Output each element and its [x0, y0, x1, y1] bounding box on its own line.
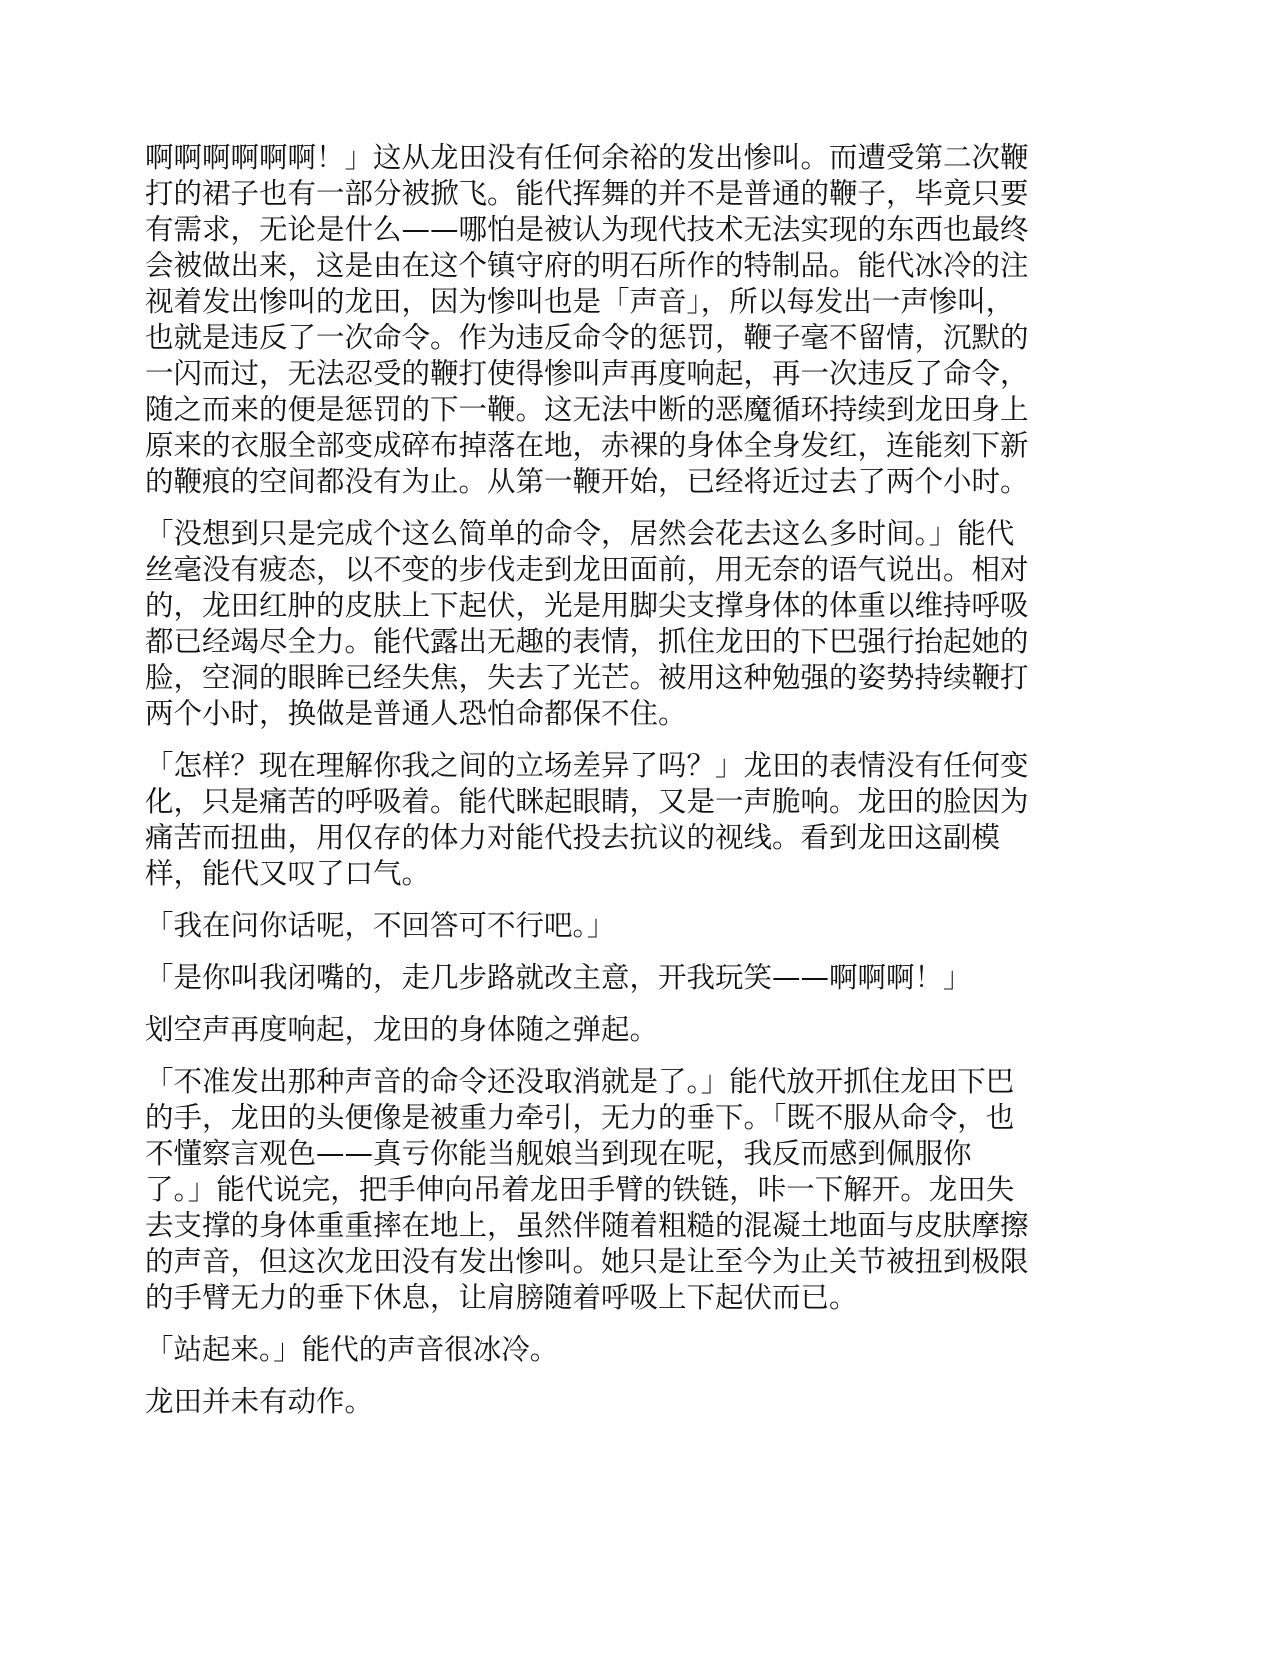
text-line: 脸，空洞的眼眸已经失焦，失去了光芒。被用这种勉强的姿势持续鞭打: [145, 660, 1075, 696]
paragraph-6: 划空声再度响起，龙田的身体随之弹起。: [145, 1012, 1075, 1048]
text-line: 的声音，但这次龙田没有发出惨叫。她只是让至今为止关节被扭到极限: [145, 1244, 1075, 1280]
paragraph-3: 「怎样？现在理解你我之间的立场差异了吗？」龙田的表情没有任何变 化，只是痛苦的呼…: [145, 748, 1075, 892]
text-line: 的，龙田红肿的皮肤上下起伏，光是用脚尖支撑身体的体重以维持呼吸: [145, 588, 1075, 624]
paragraph-7: 「不准发出那种声音的命令还没取消就是了。」能代放开抓住龙田下巴 的手，龙田的头便…: [145, 1064, 1075, 1316]
paragraph-8: 「站起来。」能代的声音很冰冷。: [145, 1332, 1075, 1368]
text-line: 「站起来。」能代的声音很冰冷。: [145, 1332, 1075, 1368]
text-line: 打的裙子也有一部分被掀飞。能代挥舞的并不是普通的鞭子，毕竟只要: [145, 176, 1075, 212]
text-line: 原来的衣服全部变成碎布掉落在地，赤裸的身体全身发红，连能刻下新: [145, 428, 1075, 464]
text-line: 样，能代又叹了口气。: [145, 856, 1075, 892]
text-line: 痛苦而扭曲，用仅存的体力对能代投去抗议的视线。看到龙田这副模: [145, 820, 1075, 856]
text-line: 化，只是痛苦的呼吸着。能代眯起眼睛，又是一声脆响。龙田的脸因为: [145, 784, 1075, 820]
paragraph-1: 啊啊啊啊啊啊！」这从龙田没有任何余裕的发出惨叫。而遭受第二次鞭 打的裙子也有一部…: [145, 140, 1075, 500]
text-line: 的鞭痕的空间都没有为止。从第一鞭开始，已经将近过去了两个小时。: [145, 464, 1075, 500]
text-line: 两个小时，换做是普通人恐怕命都保不住。: [145, 696, 1075, 732]
text-line: 了。」能代说完，把手伸向吊着龙田手臂的铁链，咔一下解开。龙田失: [145, 1172, 1075, 1208]
text-line: 有需求，无论是什么——哪怕是被认为现代技术无法实现的东西也最终: [145, 212, 1075, 248]
text-line: 「我在问你话呢，不回答可不行吧。」: [145, 908, 1075, 944]
text-line: 一闪而过，无法忍受的鞭打使得惨叫声再度响起，再一次违反了命令，: [145, 356, 1075, 392]
text-line: 随之而来的便是惩罚的下一鞭。这无法中断的恶魔循环持续到龙田身上: [145, 392, 1075, 428]
text-line: 的手臂无力的垂下休息，让肩膀随着呼吸上下起伏而已。: [145, 1280, 1075, 1316]
text-line: 丝毫没有疲态，以不变的步伐走到龙田面前，用无奈的语气说出。相对: [145, 552, 1075, 588]
paragraph-9: 龙田并未有动作。: [145, 1384, 1075, 1420]
text-line: 「怎样？现在理解你我之间的立场差异了吗？」龙田的表情没有任何变: [145, 748, 1075, 784]
text-line: 「是你叫我闭嘴的，走几步路就改主意，开我玩笑——啊啊啊！」: [145, 960, 1075, 996]
paragraph-2: 「没想到只是完成个这么简单的命令，居然会花去这么多时间。」能代 丝毫没有疲态，以…: [145, 516, 1075, 732]
text-line: 会被做出来，这是由在这个镇守府的明石所作的特制品。能代冰冷的注: [145, 248, 1075, 284]
text-line: 去支撑的身体重重摔在地上，虽然伴随着粗糙的混凝土地面与皮肤摩擦: [145, 1208, 1075, 1244]
text-line: 龙田并未有动作。: [145, 1384, 1075, 1420]
text-line: 不懂察言观色——真亏你能当舰娘当到现在呢，我反而感到佩服你: [145, 1136, 1075, 1172]
paragraph-5: 「是你叫我闭嘴的，走几步路就改主意，开我玩笑——啊啊啊！」: [145, 960, 1075, 996]
text-line: 的手，龙田的头便像是被重力牵引，无力的垂下。「既不服从命令，也: [145, 1100, 1075, 1136]
text-line: 「没想到只是完成个这么简单的命令，居然会花去这么多时间。」能代: [145, 516, 1075, 552]
text-line: 也就是违反了一次命令。作为违反命令的惩罚，鞭子毫不留情，沉默的: [145, 320, 1075, 356]
text-line: 视着发出惨叫的龙田，因为惨叫也是「声音」，所以每发出一声惨叫，: [145, 284, 1075, 320]
text-line: 啊啊啊啊啊啊！」这从龙田没有任何余裕的发出惨叫。而遭受第二次鞭: [145, 140, 1075, 176]
paragraph-4: 「我在问你话呢，不回答可不行吧。」: [145, 908, 1075, 944]
document-page: 啊啊啊啊啊啊！」这从龙田没有任何余裕的发出惨叫。而遭受第二次鞭 打的裙子也有一部…: [145, 140, 1075, 1436]
text-line: 划空声再度响起，龙田的身体随之弹起。: [145, 1012, 1075, 1048]
text-line: 「不准发出那种声音的命令还没取消就是了。」能代放开抓住龙田下巴: [145, 1064, 1075, 1100]
text-line: 都已经竭尽全力。能代露出无趣的表情，抓住龙田的下巴强行抬起她的: [145, 624, 1075, 660]
